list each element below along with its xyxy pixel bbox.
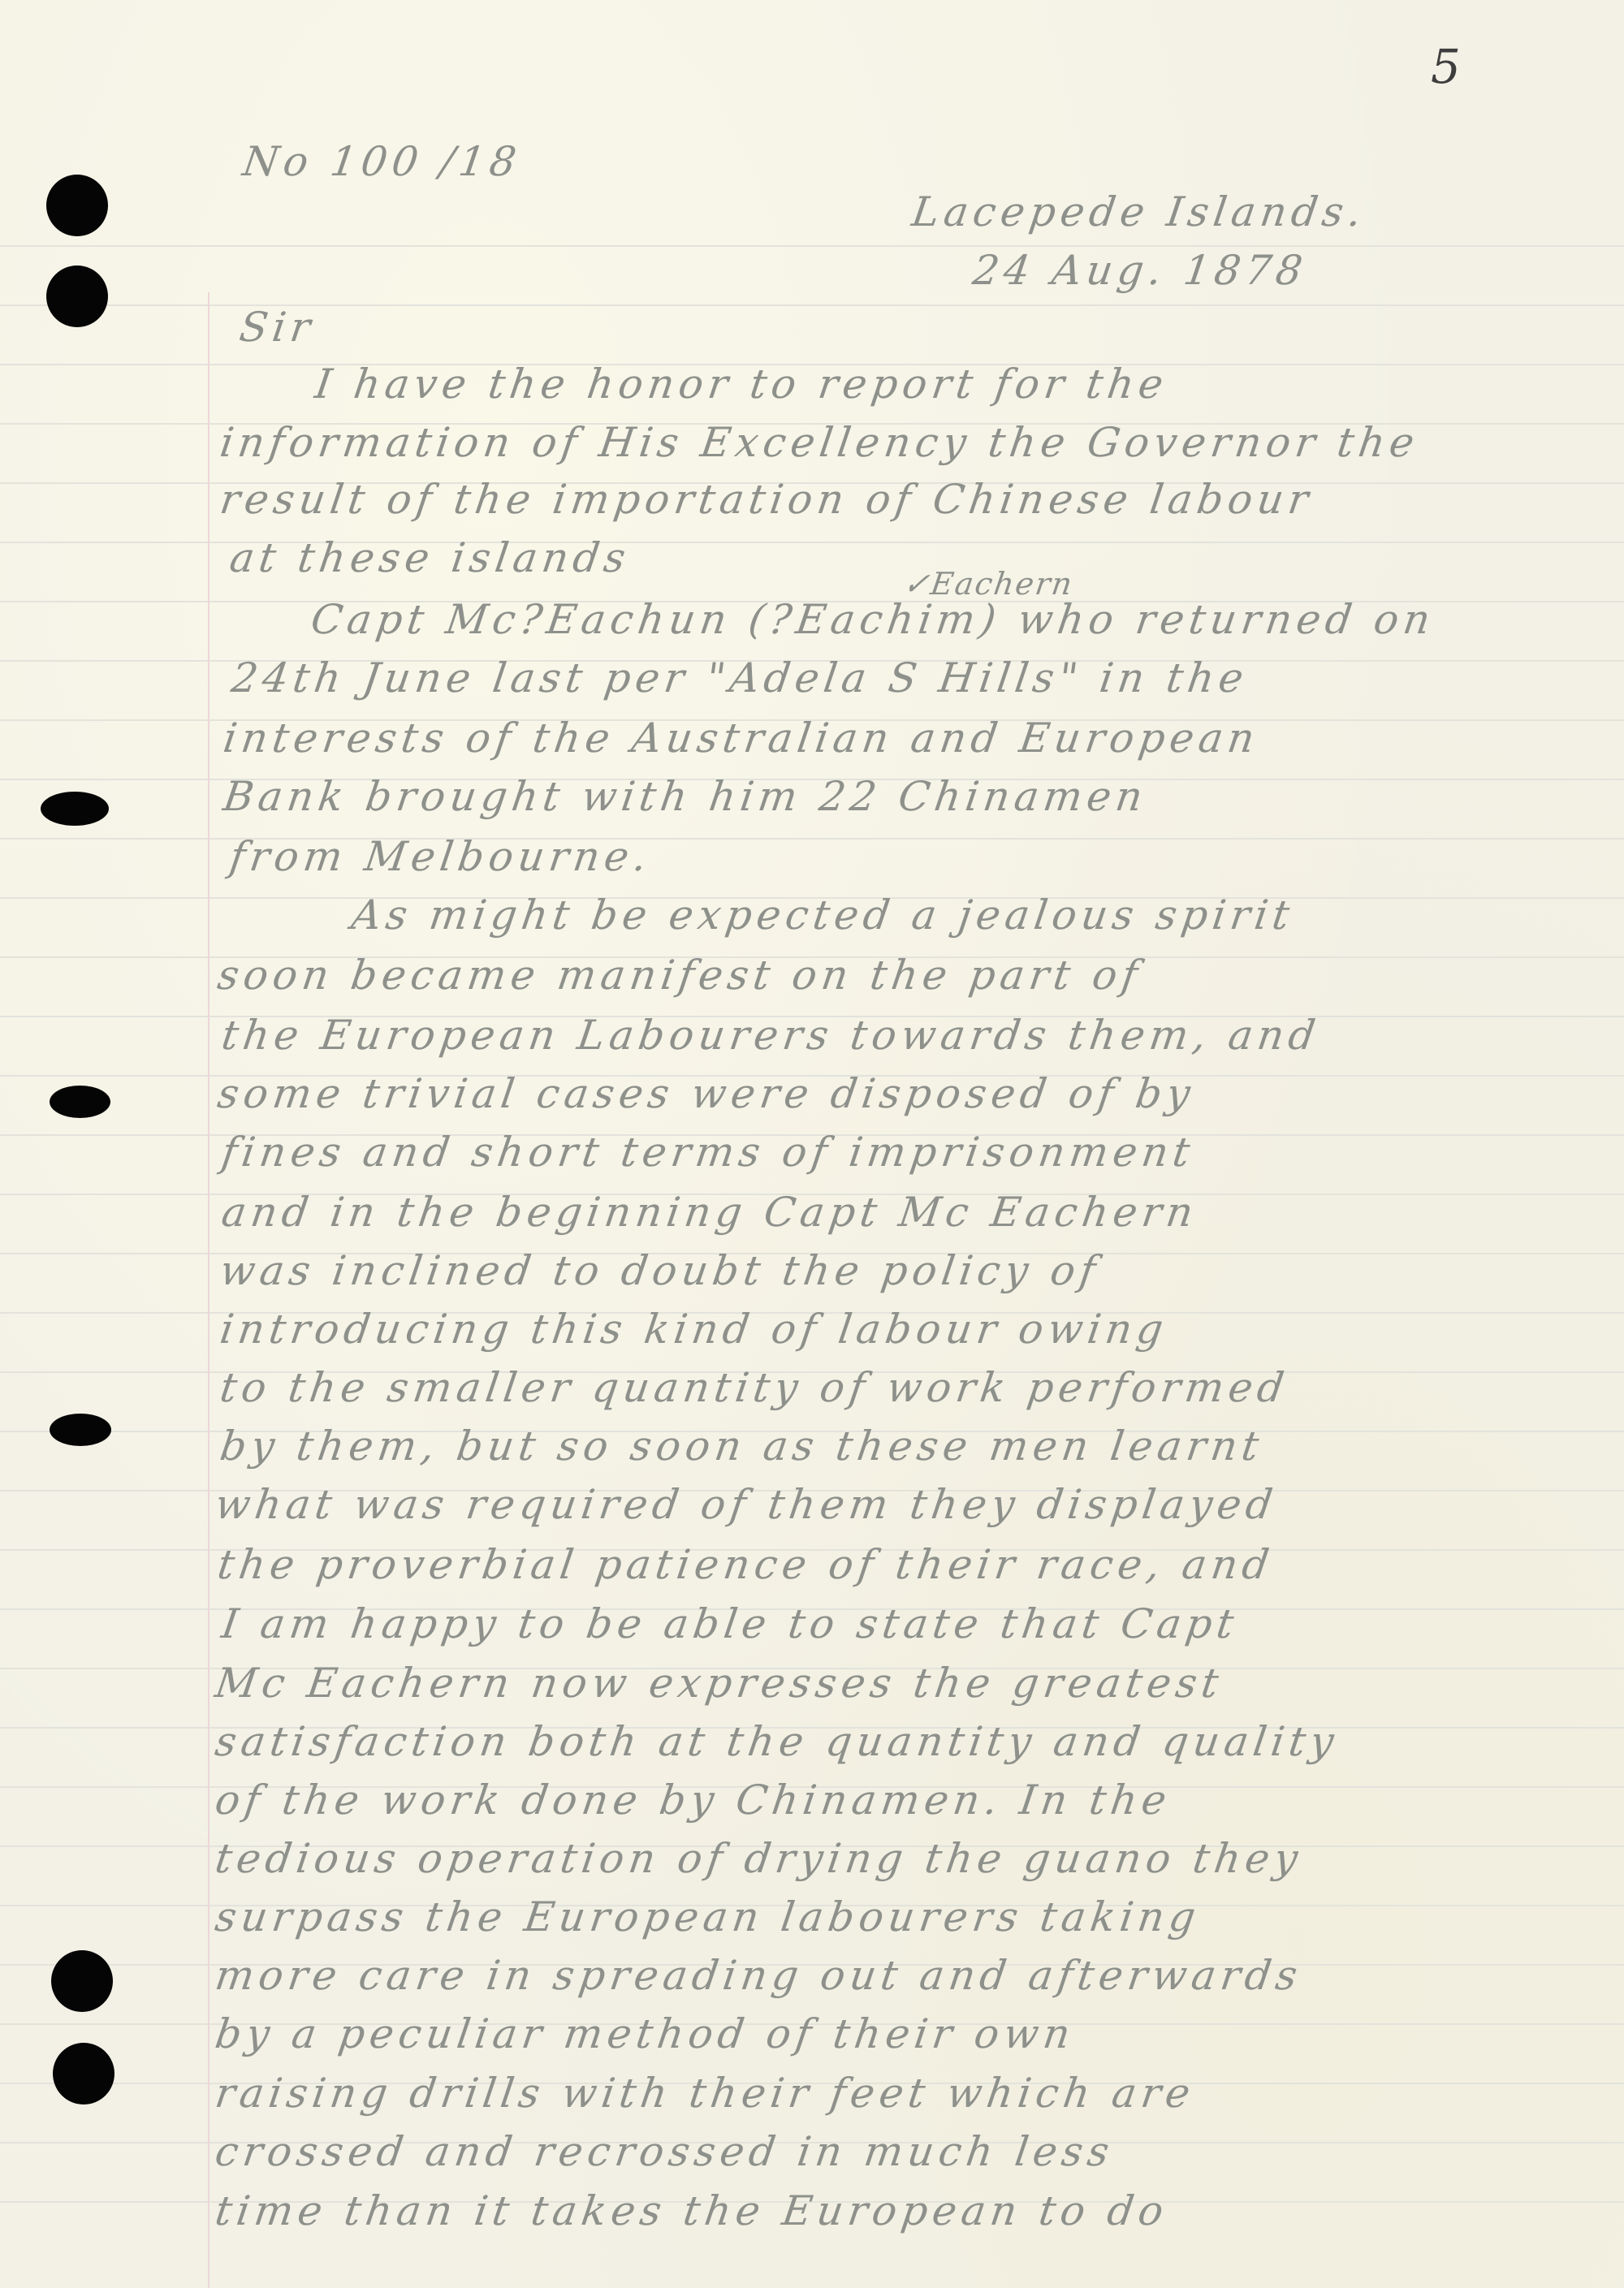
letter-line: 24th June last per "Adela S Hills" in th… — [229, 658, 1250, 698]
letter-page: 5 No 100 /18 Lacepede Islands. 24 Aug. 1… — [0, 0, 1624, 2288]
letter-line: by a peculiar method of their own — [213, 2014, 1078, 2054]
letter-line: of the work done by Chinamen. In the — [213, 1780, 1173, 1820]
letter-line: I have the honor to report for the — [313, 364, 1170, 404]
margin-line — [208, 292, 209, 2288]
letter-line: from Melbourne. — [227, 836, 654, 877]
letter-line: result of the importation of Chinese lab… — [218, 479, 1315, 520]
page-number: 5 — [1431, 39, 1461, 94]
date-line: 24 Aug. 1878 — [970, 250, 1310, 291]
punch-hole — [53, 2043, 114, 2105]
letter-line: Mc Eachern now expresses the greatest — [213, 1663, 1225, 1703]
letter-line: surpass the European labourers taking — [213, 1897, 1203, 1937]
letter-line: information of His Excellency the Govern… — [218, 422, 1422, 463]
letter-line: by them, but so soon as these men learnt — [218, 1426, 1266, 1466]
letter-line: the European Labourers towards them, and — [219, 1015, 1323, 1056]
punch-hole — [51, 1950, 113, 2012]
letter-line: was inclined to doubt the policy of — [218, 1250, 1103, 1291]
punch-hole — [46, 265, 108, 327]
ruled-line — [0, 245, 1624, 247]
letter-line: more care in spreading out and afterward… — [213, 1955, 1305, 1996]
letter-line: crossed and recrossed in much less — [213, 2131, 1116, 2172]
letter-line: introducing this kind of labour owing — [218, 1309, 1170, 1349]
letter-line: what was required of them they displayed — [213, 1484, 1280, 1525]
punch-hole — [41, 792, 109, 826]
letter-line: satisfaction both at the quantity and qu… — [213, 1721, 1341, 1762]
letter-line: Bank brought with him 22 Chinamen — [221, 776, 1150, 817]
letter-line: and in the beginning Capt Mc Eachern — [219, 1192, 1200, 1232]
letter-line: time than it takes the European to do — [213, 2191, 1171, 2231]
reference-number: No 100 /18 — [240, 141, 524, 182]
letter-line: to the smaller quantity of work performe… — [218, 1367, 1291, 1408]
letter-line: at these islands — [227, 537, 633, 578]
letter-line: As might be expected a jealous spirit — [349, 895, 1297, 935]
letter-line: soon became manifest on the part of — [215, 955, 1145, 995]
letter-line: fines and short terms of imprisonment — [219, 1132, 1197, 1172]
place-line: Lacepede Islands. — [909, 192, 1369, 232]
letter-line: tedious operation of drying the guano th… — [213, 1838, 1305, 1879]
letter-line: the proverbial patience of their race, a… — [215, 1544, 1276, 1585]
letter-line: some trivial cases were disposed of by — [215, 1073, 1198, 1114]
letter-line: raising drills with their feet which are — [213, 2073, 1198, 2113]
salutation: Sir — [237, 307, 317, 348]
punch-hole — [50, 1086, 110, 1118]
punch-hole — [46, 175, 108, 236]
letter-line: I am happy to be able to state that Capt — [219, 1604, 1241, 1644]
margin-insertion: ✓Eachern — [901, 568, 1075, 599]
punch-hole — [50, 1414, 111, 1446]
letter-line: Capt Mc?Eachun (?Eachim) who returned on — [309, 599, 1437, 640]
letter-line: interests of the Australian and European — [221, 718, 1262, 758]
